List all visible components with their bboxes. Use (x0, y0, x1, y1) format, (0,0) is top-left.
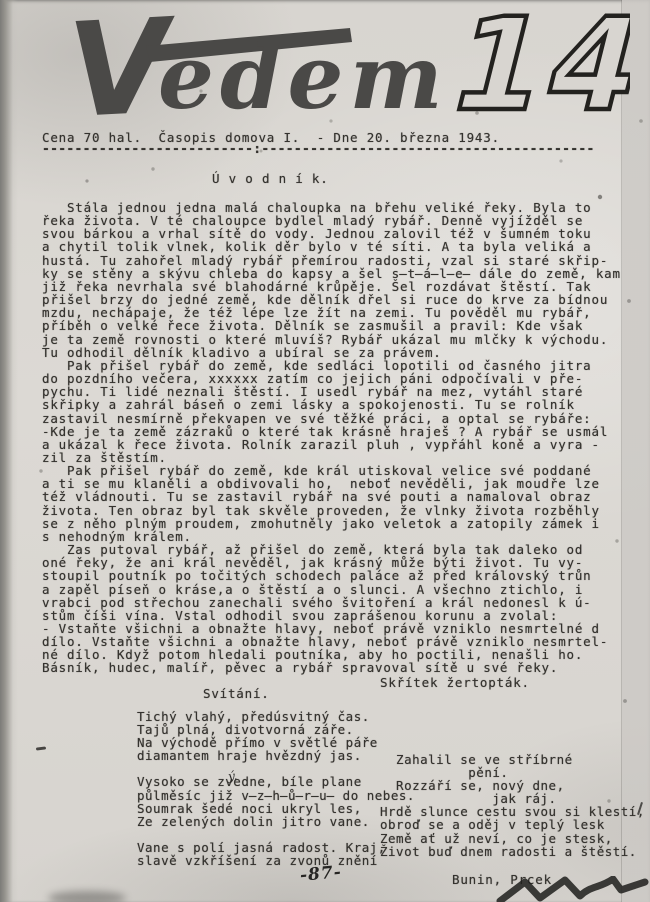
poem-right-column: Zahalil se ve stříbrné pění. Rozzáří se,… (380, 753, 645, 858)
issue-number: 14 (437, 4, 630, 132)
poem-left-column: Tichý vlahý, předúsvitný čas. Tajů plná,… (137, 710, 415, 867)
page-number: -87- (299, 862, 342, 886)
article-body: Stála jednou jedna malá chaloupka na bře… (42, 201, 621, 675)
handwritten-correction-mark: ý, (227, 769, 237, 784)
dashed-divider: --------------------------:-------------… (42, 142, 595, 157)
magazine-logo: V edem 14 (50, 4, 630, 132)
scan-left-edge-shadow (0, 0, 18, 902)
article-title: Ú v o d n í k. (212, 171, 329, 186)
bottom-left-smudge (48, 891, 126, 902)
paper-speckles (0, 0, 2, 2)
pen-scribble (495, 876, 650, 902)
poem-title: Svítání. (203, 686, 270, 701)
logo-letters-edem: edem (158, 25, 449, 129)
handwritten-margin-dash (36, 746, 46, 750)
article-signature: Skřítek žertopták. (380, 675, 530, 690)
scanned-magazine-page: V edem 14 Cena 70 hal. Časopis domova I.… (0, 0, 650, 902)
